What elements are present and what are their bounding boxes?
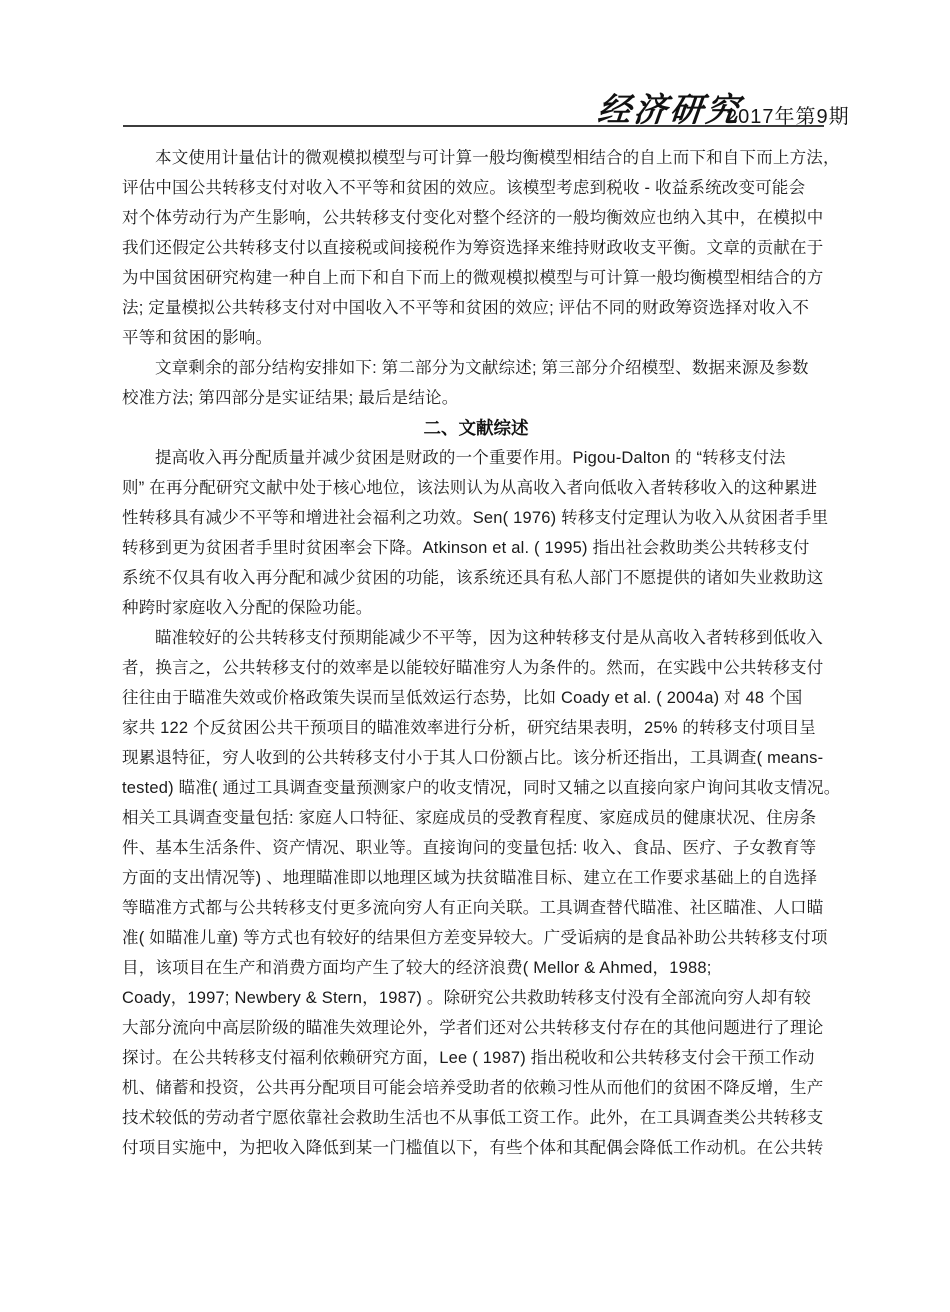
body-text-line: 往往由于瞄准失效或价格政策失误而呈低效运行态势，比如 Coady et al. …	[122, 683, 830, 713]
body-text-line: 大部分流向中高层阶级的瞄准失效理论外，学者们还对公共转移支付存在的其他问题进行了…	[122, 1013, 830, 1043]
body-text-line: 付项目实施中，为把收入降低到某一门槛值以下，有些个体和其配偶会降低工作动机。在公…	[122, 1133, 830, 1163]
body-text-line: 我们还假定公共转移支付以直接税或间接税作为筹资选择来维持财政收支平衡。文章的贡献…	[122, 233, 830, 263]
body-text-line: 转移到更为贫困者手里时贫困率会下降。Atkinson et al. ( 1995…	[122, 533, 830, 563]
article-body: 本文使用计量估计的微观模拟模型与可计算一般均衡模型相结合的自上而下和自下而上方法…	[122, 143, 830, 1163]
body-text-line: tested) 瞄准( 通过工具调查变量预测家户的收支情况，同时又辅之以直接向家…	[122, 773, 830, 803]
body-text-line: 法; 定量模拟公共转移支付对中国收入不平等和贫困的效应; 评估不同的财政筹资选择…	[122, 293, 830, 323]
body-text-line: 目，该项目在生产和消费方面均产生了较大的经济浪费( Mellor & Ahmed…	[122, 953, 830, 983]
body-text-line: Coady，1997; Newbery & Stern，1987) 。除研究公共…	[122, 983, 830, 1013]
body-text-line: 准( 如瞄准儿童) 等方式也有较好的结果但方差变异较大。广受诟病的是食品补助公共…	[122, 923, 830, 953]
body-text-line: 本文使用计量估计的微观模拟模型与可计算一般均衡模型相结合的自上而下和自下而上方法…	[122, 143, 830, 173]
body-text-line: 瞄准较好的公共转移支付预期能减少不平等，因为这种转移支付是从高收入者转移到低收入	[122, 623, 830, 653]
body-text-line: 方面的支出情况等) 、地理瞄准即以地理区域为扶贫瞄准目标、建立在工作要求基础上的…	[122, 863, 830, 893]
body-text-line: 机、储蓄和投资，公共再分配项目可能会培养受助者的依赖习性从而他们的贫困不降反增，…	[122, 1073, 830, 1103]
body-text-line: 相关工具调查变量包括: 家庭人口特征、家庭成员的受教育程度、家庭成员的健康状况、…	[122, 803, 830, 833]
body-text-line: 等瞄准方式都与公共转移支付更多流向穷人有正向关联。工具调查替代瞄准、社区瞄准、人…	[122, 893, 830, 923]
body-text-line: 种跨时家庭收入分配的保险功能。	[122, 593, 830, 623]
body-text-line: 校准方法; 第四部分是实证结果; 最后是结论。	[122, 383, 830, 413]
body-text-line: 对个体劳动行为产生影响，公共转移支付变化对整个经济的一般均衡效应也纳入其中，在模…	[122, 203, 830, 233]
body-text-line: 件、基本生活条件、资产情况、职业等。直接询问的变量包括: 收入、食品、医疗、子女…	[122, 833, 830, 863]
body-text-line: 技术较低的劳动者宁愿依靠社会救助生活也不从事低工资工作。此外，在工具调查类公共转…	[122, 1103, 830, 1133]
section-heading: 二、文献综述	[122, 413, 830, 443]
journal-title-calligraphy: 经济研究	[596, 84, 745, 131]
body-text-line: 文章剩余的部分结构安排如下: 第二部分为文献综述; 第三部分介绍模型、数据来源及…	[122, 353, 830, 383]
body-text-line: 系统不仅具有收入再分配和减少贫困的功能，该系统还具有私人部门不愿提供的诸如失业救…	[122, 563, 830, 593]
body-text-line: 提高收入再分配质量并减少贫困是财政的一个重要作用。Pigou-Dalton 的 …	[122, 443, 830, 473]
body-text-line: 则” 在再分配研究文献中处于核心地位，该法则认为从高收入者向低收入者转移收入的这…	[122, 473, 830, 503]
body-text-line: 平等和贫困的影响。	[122, 323, 830, 353]
body-text-line: 家共 122 个反贫困公共干预项目的瞄准效率进行分析，研究结果表明，25% 的转…	[122, 713, 830, 743]
header-divider	[123, 125, 824, 127]
body-text-line: 现累退特征，穷人收到的公共转移支付小于其人口份额占比。该分析还指出，工具调查( …	[122, 743, 830, 773]
body-text-line: 为中国贫困研究构建一种自上而下和自下而上的微观模拟模型与可计算一般均衡模型相结合…	[122, 263, 830, 293]
body-text-line: 探讨。在公共转移支付福利依赖研究方面，Lee ( 1987) 指出税收和公共转移…	[122, 1043, 830, 1073]
body-text-line: 评估中国公共转移支付对收入不平等和贫困的效应。该模型考虑到税收 - 收益系统改变…	[122, 173, 830, 203]
body-text-line: 者，换言之，公共转移支付的效率是以能较好瞄准穷人为条件的。然而，在实践中公共转移…	[122, 653, 830, 683]
document-page: 经济研究 2017年第9期 本文使用计量估计的微观模拟模型与可计算一般均衡模型相…	[0, 0, 950, 1312]
body-text-line: 性转移具有减少不平等和增进社会福利之功效。Sen( 1976) 转移支付定理认为…	[122, 503, 830, 533]
